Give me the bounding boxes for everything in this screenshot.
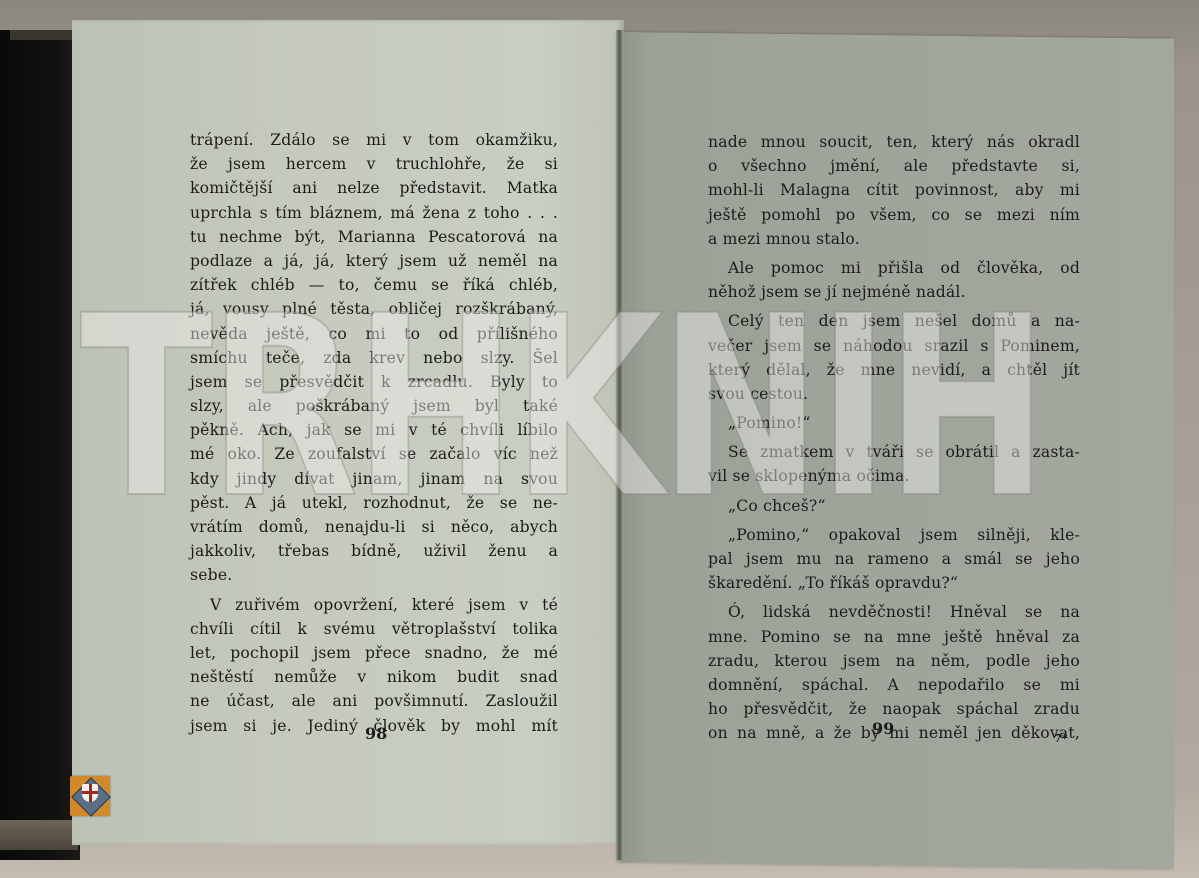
right-page-text: nade mnou soucit, ten, který nás okradl … — [708, 130, 1080, 746]
text-line: mne. Pomino se na mne ještě hněval za — [708, 625, 1080, 649]
text-line: chvíli cítil k svému větroplašství tolik… — [190, 617, 558, 641]
text-line: domnění, spáchal. A nepodařilo se mi — [708, 673, 1080, 697]
text-line: slzy, ale poškrábaný jsem byl také — [190, 394, 558, 418]
text-line: vil se sklopenýma očima. — [708, 464, 1080, 488]
text-line: že jsem hercem v truchlohře, že si — [190, 152, 558, 176]
text-line: nevěda ještě, co mi to od přílišného — [190, 322, 558, 346]
text-line: já, vousy plné těsta, obličej rozškrában… — [190, 297, 558, 321]
text-line: Ó, lidská nevděčnosti! Hněval se na — [708, 600, 1080, 624]
text-line: o všechno jmění, ale představte si, — [708, 154, 1080, 178]
text-line: mohl-li Malagna cítit povinnost, aby mi — [708, 178, 1080, 202]
text-line: pěkně. Ach, jak se mi v té chvíli líbilo — [190, 418, 558, 442]
book-gutter — [616, 30, 622, 860]
text-line: kdy jindy dívat jinam, jinam na svou — [190, 467, 558, 491]
text-line: V zuřivém opovržení, které jsem v té — [190, 593, 558, 617]
text-line: smíchu teče, zda krev nebo slzy. Šel — [190, 346, 558, 370]
page-number-right: 99 — [872, 719, 894, 738]
text-line: neštěstí nemůže v nikom budit snad — [190, 665, 558, 689]
text-line: nade mnou soucit, ten, který nás okradl — [708, 130, 1080, 154]
text-line: který dělal, že mne nevidí, a chtěl jít — [708, 358, 1080, 382]
text-line: komičtější ani nelze představit. Matka — [190, 176, 558, 200]
text-line: sebe. — [190, 563, 558, 587]
text-line: svou cestou. — [708, 382, 1080, 406]
text-line: jsem se přesvědčit k zrcadlu. Byly to — [190, 370, 558, 394]
text-line: vrátím domů, nenajdu-li si něco, abych — [190, 515, 558, 539]
text-line: ne účast, ale ani povšimnutí. Zasloužil — [190, 689, 558, 713]
text-line: „Pomino,“ opakoval jsem silněji, kle- — [708, 523, 1080, 547]
text-line: pěst. A já utekl, rozhodnut, že se ne- — [190, 491, 558, 515]
text-line: let, pochopil jsem přece snadno, že mé — [190, 641, 558, 665]
text-line: tu nechme být, Marianna Pescatorová na — [190, 225, 558, 249]
shield-badge-icon — [70, 776, 110, 816]
text-line: zradu, kterou jsem na něm, podle jeho — [708, 649, 1080, 673]
text-line: večer jsem se náhodou srazil s Pominem, — [708, 334, 1080, 358]
text-line: ho přesvědčit, že naopak spáchal zradu — [708, 697, 1080, 721]
text-line: Se zmatkem v tváři se obrátil a zasta- — [708, 440, 1080, 464]
text-line: zítřek chléb — to, čemu se říká chléb, — [190, 273, 558, 297]
text-line: „Pomino!“ — [708, 411, 1080, 435]
red-cross-shield-icon — [82, 784, 98, 802]
text-line: škaredění. „To říkáš opravdu?“ — [708, 571, 1080, 595]
text-line: Ale pomoc mi přišla od člověka, od — [708, 256, 1080, 280]
text-line: mé oko. Ze zoufalství se začalo víc než — [190, 442, 558, 466]
text-line: ještě pomohl po všem, co se mezi ním — [708, 203, 1080, 227]
text-line: pal jsem mu na rameno a smál se jeho — [708, 547, 1080, 571]
book-cover-edge — [10, 30, 74, 40]
text-line: jakkoliv, třebas bídně, uživil ženu a — [190, 539, 558, 563]
text-line: a mezi mnou stalo. — [708, 227, 1080, 251]
page-number-left: 98 — [365, 724, 387, 743]
text-line: trápení. Zdálo se mi v tom okamžiku, — [190, 128, 558, 152]
signature-mark: 7* — [1054, 732, 1067, 745]
text-line: podlaze a já, já, který jsem už neměl na — [190, 249, 558, 273]
text-line: „Co chceš?“ — [708, 494, 1080, 518]
book-cover-dark — [0, 30, 80, 860]
text-line: uprchla s tím bláznem, má žena z toho . … — [190, 201, 558, 225]
text-line: něhož jsem se jí nejméně nadál. — [708, 280, 1080, 304]
text-line: Celý ten den jsem nešel domů a na- — [708, 309, 1080, 333]
left-page-text: trápení. Zdálo se mi v tom okamžiku, že … — [190, 128, 558, 738]
book-cover-bottom — [0, 820, 78, 850]
